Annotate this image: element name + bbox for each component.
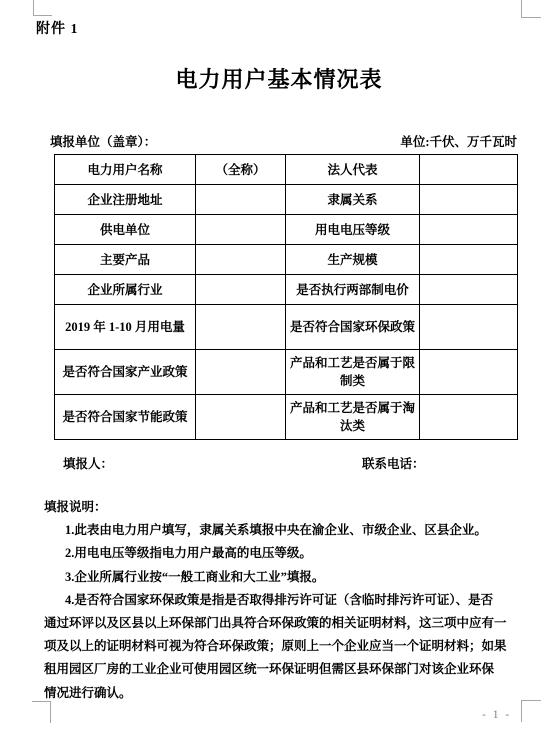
value-cell[interactable] <box>196 215 286 245</box>
instruction-line: 4.是否符合国家环保政策是指是否取得排污许可证（含临时排污许可证）、是否 <box>44 589 518 612</box>
table-caption-row: 填报单位（盖章）： 单位:千伏、万千瓦时 <box>50 132 517 150</box>
margin-corner-mark-bottom-right <box>521 700 541 722</box>
field-label-cell: 企业注册地址 <box>55 185 196 215</box>
filling-instructions: 填报说明： 1.此表由电力用户填写，隶属关系填报中央在渝企业、市级企业、区县企业… <box>44 496 518 705</box>
value-cell[interactable] <box>420 305 518 350</box>
value-cell[interactable] <box>420 215 518 245</box>
filler-label: 填报人： <box>63 457 113 471</box>
phone-label: 联系电话： <box>362 454 425 472</box>
table-row: 主要产品生产规模 <box>55 245 518 275</box>
field-label-cell: （全称） <box>196 155 286 185</box>
instruction-line: 租用园区厂房的工业企业可使用园区统一环保证明但需区县环保部门对该企业环保 <box>44 658 518 681</box>
instruction-line: 情况进行确认。 <box>44 682 518 705</box>
table-row: 是否符合国家产业政策产品和工艺是否属于限制类 <box>55 350 518 395</box>
power-user-info-table: 电力用户名称（全称）法人代表企业注册地址隶属关系供电单位用电电压等级主要产品生产… <box>54 154 518 440</box>
field-label-cell: 主要产品 <box>55 245 196 275</box>
field-label-cell: 企业所属行业 <box>55 275 196 305</box>
value-cell[interactable] <box>420 395 518 440</box>
field-label-cell: 2019 年 1-10 月用电量 <box>55 305 196 350</box>
unit-note-label: 单位:千伏、万千瓦时 <box>400 132 517 150</box>
value-cell[interactable] <box>420 185 518 215</box>
page-number: - 1 - <box>482 709 511 721</box>
signature-row: 填报人： 联系电话： <box>63 454 463 472</box>
value-cell[interactable] <box>196 350 286 395</box>
value-cell[interactable] <box>420 155 518 185</box>
value-cell[interactable] <box>196 395 286 440</box>
instruction-line: 3.企业所属行业按“一般工商业和大工业”填报。 <box>44 566 518 589</box>
instruction-line: 2.用电电压等级指电力用户最高的电压等级。 <box>44 542 518 565</box>
value-cell[interactable] <box>420 275 518 305</box>
table-row: 电力用户名称（全称）法人代表 <box>55 155 518 185</box>
field-label-cell: 用电电压等级 <box>286 215 420 245</box>
value-cell[interactable] <box>420 350 518 395</box>
value-cell[interactable] <box>196 185 286 215</box>
margin-corner-mark-top-left <box>33 0 52 16</box>
field-label-cell: 产品和工艺是否属于淘汰类 <box>286 395 420 440</box>
form-table-tbody: 电力用户名称（全称）法人代表企业注册地址隶属关系供电单位用电电压等级主要产品生产… <box>55 155 518 440</box>
fill-unit-label: 填报单位（盖章）： <box>50 132 156 150</box>
field-label-cell: 是否符合国家环保政策 <box>286 305 420 350</box>
field-label-cell: 电力用户名称 <box>55 155 196 185</box>
instruction-line: 项及以上的证明材料可视为符合环保政策；原则上一个企业应当一个证明材料；如果 <box>44 635 518 658</box>
field-label-cell: 是否符合国家产业政策 <box>55 350 196 395</box>
value-cell[interactable] <box>196 305 286 350</box>
table-row: 是否符合国家节能政策产品和工艺是否属于淘汰类 <box>55 395 518 440</box>
table-row: 2019 年 1-10 月用电量是否符合国家环保政策 <box>55 305 518 350</box>
margin-corner-mark-top-right <box>521 0 541 18</box>
field-label-cell: 供电单位 <box>55 215 196 245</box>
field-label-cell: 法人代表 <box>286 155 420 185</box>
field-label-cell: 生产规模 <box>286 245 420 275</box>
value-cell[interactable] <box>196 245 286 275</box>
table-row: 企业注册地址隶属关系 <box>55 185 518 215</box>
value-cell[interactable] <box>196 275 286 305</box>
table-row: 供电单位用电电压等级 <box>55 215 518 245</box>
field-label-cell: 是否符合国家节能政策 <box>55 395 196 440</box>
notes-heading: 填报说明： <box>44 496 518 519</box>
attachment-label: 附件 1 <box>36 18 79 38</box>
field-label-cell: 产品和工艺是否属于限制类 <box>286 350 420 395</box>
table-row: 企业所属行业是否执行两部制电价 <box>55 275 518 305</box>
field-label-cell: 隶属关系 <box>286 185 420 215</box>
instruction-line: 1.此表由电力用户填写，隶属关系填报中央在渝企业、市级企业、区县企业。 <box>44 519 518 542</box>
field-label-cell: 是否执行两部制电价 <box>286 275 420 305</box>
value-cell[interactable] <box>420 245 518 275</box>
document-page: 附件 1 电力用户基本情况表 填报单位（盖章）： 单位:千伏、万千瓦时 电力用户… <box>0 0 558 729</box>
instruction-line: 通过环评以及区县以上环保部门出具符合环保政策的相关证明材料，这三项中应有一 <box>44 612 518 635</box>
page-title: 电力用户基本情况表 <box>0 63 558 94</box>
